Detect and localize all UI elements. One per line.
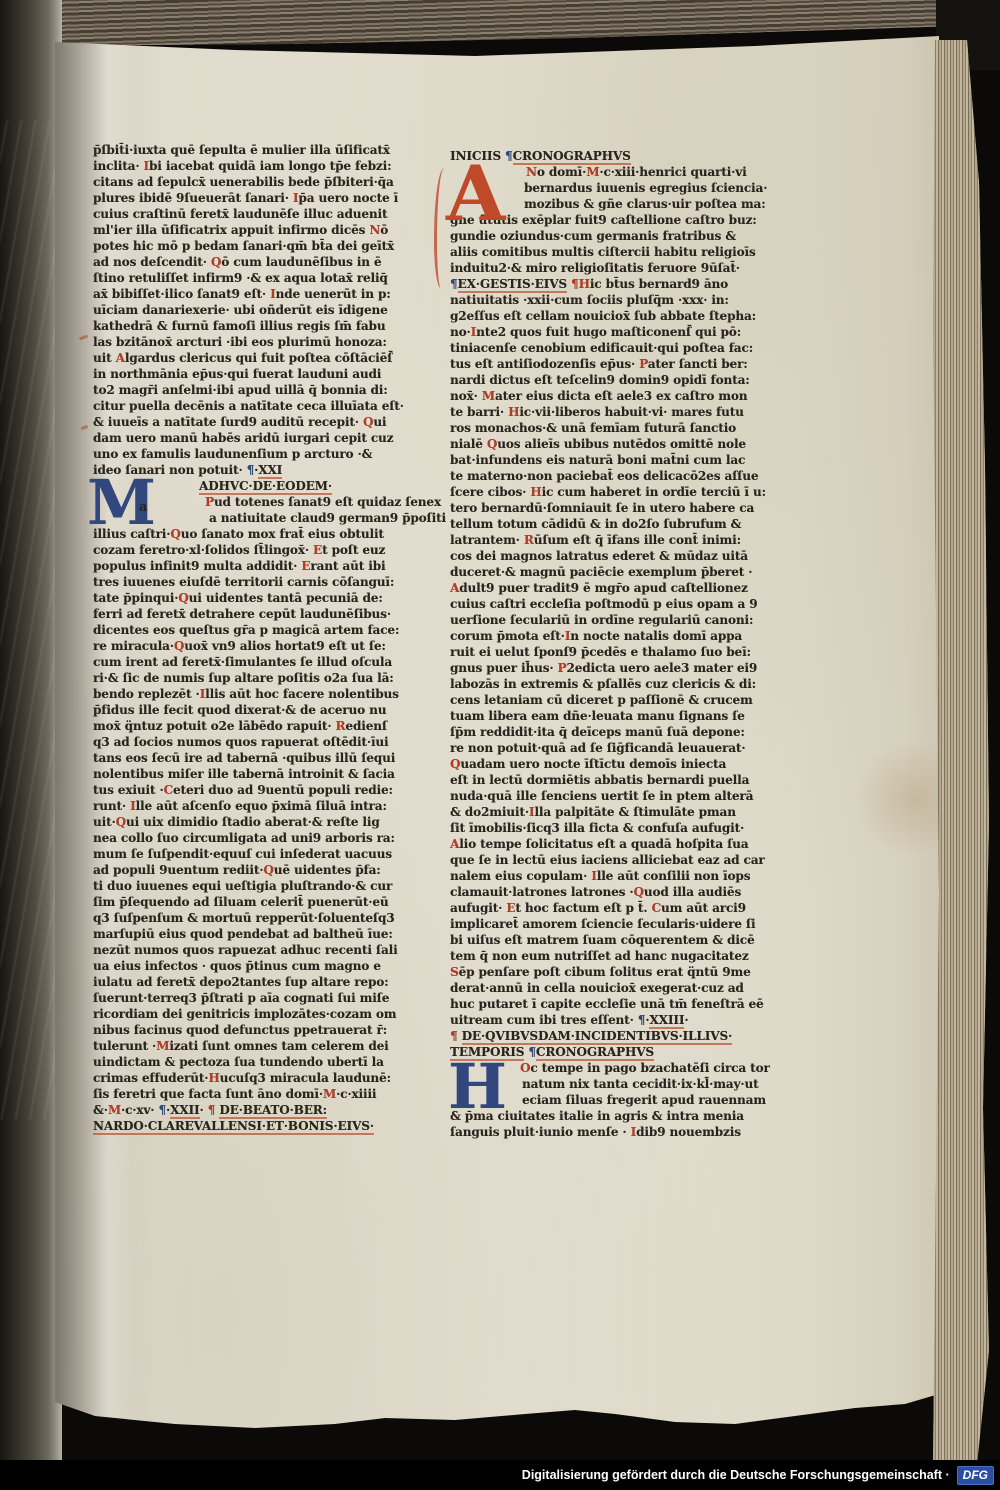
text-line: cuius caſtri eccleſia poſtmodū p eius op… [450, 596, 750, 612]
text-line: cum irent ad feretx̄·ſimulantes ſe illud… [93, 654, 405, 670]
text-line: ua eius infectos · quos p̄tinus cum magn… [93, 958, 405, 974]
guide-letter: a [139, 500, 147, 515]
text-line: ¶EX·GESTIS·EIVS ¶Hic bt̄us bernard9 āno [450, 276, 750, 292]
gutter-opposite-page-curl [0, 0, 62, 1490]
text-column-left: p̄ſbit̄i·iuxta quē ſepulta ē mulier illa… [93, 142, 405, 1134]
text-line: ax̄ bibiſſet·ilico ſanat9 eſt· Inde uene… [93, 286, 405, 302]
text-line: ſcere cibos· Hic cum haberet in ordīe te… [450, 484, 750, 500]
text-line: q3 ad ſocios numos quos rapuerat oſtēdit… [93, 734, 405, 750]
text-line: ml'ier illa ūſificatrix appuit infirmo d… [93, 222, 405, 238]
text-line: ri·& ſic de numis ſup altare poſitis o2a… [93, 670, 405, 686]
text-line: uerſione ſeculariū in ordīne regulariū c… [450, 612, 750, 628]
text-line: kathedrā & furnū famoſi illius regis ſm̄… [93, 318, 405, 334]
text-line: no·Inte2 quos fuit hugo maſticonenſ̄ qui… [450, 324, 750, 340]
text-line: bat·infundens eis naturā boni mat̄ni cum… [450, 452, 750, 468]
text-line: natiuitatis ·xxii·cum ſociis pluſq̄m ·xx… [450, 292, 750, 308]
text-line: citans ad ſepulcx̄ uenerabilis bede p̄ſb… [93, 174, 405, 190]
text-line: ferri ad feretx̄ detrahere cepūt laudunē… [93, 606, 405, 622]
text-line: Adult9 puer tradit9 ē mgr̄o apud caſtell… [450, 580, 750, 596]
text-line: ſit īmobilis·ſicq3 illa ficta & confuſa … [450, 820, 750, 836]
text-line: uit·Qui uix dimidio ſtadio aberat·& reſt… [93, 814, 405, 830]
text-line: duceret·& magnū paciēcie exemplum p̄bere… [450, 564, 750, 580]
rubric-initial-A: A [446, 156, 505, 232]
text-line: tiniacenſe cenobium edificauit·qui poſte… [450, 340, 750, 356]
text-line: iulatu ad feretx̄ depo2tantes ſup altare… [93, 974, 405, 990]
text-line: nox̄· Mater eius dicta eſt aele3 ex caſt… [450, 388, 750, 404]
text-line: in northmānia ep̄us·qui fuerat lauduni a… [93, 366, 405, 382]
text-line: NARDO·CLAREVALLENSI·ET·BONIS·EIVS· [93, 1118, 405, 1134]
text-line: ad populi 9uentum rediit·Quē uidentes p̄… [93, 862, 405, 878]
text-line: tero bernardū·ſomniauit ſe in utero habe… [450, 500, 750, 516]
text-line: inclita· Ibi iacebat quidā iam longo tp̄… [93, 158, 405, 174]
text-line: re non potuit·quā ad ſe ſiḡficandā leuau… [450, 740, 750, 756]
text-line: ruit ei uelut ſponſ9 p̄cedēs e thalamo ſ… [450, 644, 750, 660]
text-line: nezūt numos quos rapuezat adhuc recenti … [93, 942, 405, 958]
text-line: p̄fidus ille fecit quod dixerat·& de ace… [93, 702, 405, 718]
text-line: cozam feretro·xl·ſolidos ſt̄lingox̄· Et … [93, 542, 405, 558]
text-line: plures ibidē 9ſueuerāt ſanari· Ip̄a uero… [93, 190, 405, 206]
text-line: uit Algardus clericus qui fuit poſtea cō… [93, 350, 405, 366]
text-line: nuda·quā ille ſenciens uertit ſe in ptem… [450, 788, 750, 804]
text-line: derat·annū in cella nouiciox̄ exegerat·c… [450, 980, 750, 996]
text-line: te materno·non paciebat̄ eos delicacō2es… [450, 468, 750, 484]
text-line: aliis comitibus multis ciſtercii habitu … [450, 244, 750, 260]
text-line: populus infinit9 multa addidit· Erant aū… [93, 558, 405, 574]
text-line: ros monachos·& unā femīam futurā ſanctio [450, 420, 750, 436]
text-line: uno ex famulis laudunenſium p arcturo ·& [93, 446, 405, 462]
text-line: tuam libera eam dñe·leuata manu ſignans … [450, 708, 750, 724]
text-column-right: INICIIS ¶CRONOGRAPHVSNo domī·M·c·xiii·he… [450, 148, 750, 1140]
text-line: potes hic mō p bedam ſanari·qm̄ bt̄a dei… [93, 238, 405, 254]
text-line: mum ſe ſuſpendit·equuſ cui inſederat uac… [93, 846, 405, 862]
text-line: cos dei magnos latratus ederet & mūdaz u… [450, 548, 750, 564]
text-line: ſuerunt·terreq3 p̄ſtrati p aīa cognati ſ… [93, 990, 405, 1006]
text-line: ſis feretri que facta ſunt āno domī·M·c·… [93, 1086, 405, 1102]
text-line: p̄ſbit̄i·iuxta quē ſepulta ē mulier illa… [93, 142, 405, 158]
book-top-page-block-edge [0, 0, 958, 46]
text-line: ricordiam dei genitricis implozātes·coza… [93, 1006, 405, 1022]
text-line: mox̄ q̈ntuz potuit o2e lābēdo rapuit· Re… [93, 718, 405, 734]
text-line: implicaret̄ amorem ſciencie ſecularis·ui… [450, 916, 750, 932]
digitization-caption-bar: Digitalisierung gefördert durch die Deut… [0, 1460, 1000, 1490]
text-line: ſtino retuliſſet infirm9 ·& ex aqua lota… [93, 270, 405, 286]
text-line: ¶ DE·QVIBVSDAM·INCIDENTIBVS·ILLIVS· [450, 1028, 750, 1044]
margin-mark [79, 335, 88, 341]
text-line: nalem eius copulam· Ille aūt conſilii no… [450, 868, 750, 884]
text-line: tulerunt ·Mizati ſunt omnes tam celerem … [93, 1038, 405, 1054]
text-line: corum p̄mota eſt·In nocte natalis domī a… [450, 628, 750, 644]
text-line: aufugit· Et hoc factum eſt p t̄. Cum aūt… [450, 900, 750, 916]
text-line: induitu2·& miro religioſitatis feruore 9… [450, 260, 750, 276]
text-line: uitream cum ibi tres eſſent· ¶·XXIII· [450, 1012, 750, 1028]
text-line: Quadam uero nocte īſtīctu demoīs iniecta [450, 756, 750, 772]
manuscript-page: p̄ſbit̄i·iuxta quē ſepulta ē mulier illa… [55, 26, 939, 1458]
text-line: nea collo ſuo circumligata ad uni9 arbor… [93, 830, 405, 846]
text-line: nardi dictus eſt teſcelin9 domin9 opidī … [450, 372, 750, 388]
text-line: Alio tempe ſolicitatus eſt a quadā hoſpi… [450, 836, 750, 852]
text-line: tres iuuenes eiuſdē territorii carnis cō… [93, 574, 405, 590]
text-line: & do2miuit·Illa palpitāte & ſtimulāte pm… [450, 804, 750, 820]
text-line: tellum totum cādidū & in do2ſo ſubrufum … [450, 516, 750, 532]
text-line: dam uero manū habēs aridū iurgari cepit … [93, 430, 405, 446]
text-line: to2 magr̄i anſelmi·ibi apud uillā q̄ bon… [93, 382, 405, 398]
text-line: dicentes eos queſtus gr̄a p magicā artem… [93, 622, 405, 638]
text-line: cuius craſtinū feretx̄ laudunēſe illuc a… [93, 206, 405, 222]
text-line: huc putaret ī capite eccleſie unā tm̄ fe… [450, 996, 750, 1012]
text-line: tus exiuit ·Ceteri duo ad 9uentū populi … [93, 782, 405, 798]
text-line: re miracula·Quox̄ vn9 alios hortat9 eſt … [93, 638, 405, 654]
text-line: latrantem· Rūſum eſt q̄ īfans ille cont̄… [450, 532, 750, 548]
text-line: ad nos deſcendit· Qō cum laudunēſibus in… [93, 254, 405, 270]
text-line: clamauit·latrones latrones ·Quod illa au… [450, 884, 750, 900]
text-line: marſupiū eius quod pendebat ad baltheū ī… [93, 926, 405, 942]
text-line: q3 ſuſpenſum & mortuū repperūt·ſoluenteſ… [93, 910, 405, 926]
text-line: que ſe in lectū eius iaciens alliciebat … [450, 852, 750, 868]
text-line: nolentibus miſer ille tabernā introinit … [93, 766, 405, 782]
text-line: g2eſſus eſt cellam nouiciox̄ ſub abbate … [450, 308, 750, 324]
margin-mark [81, 425, 89, 430]
text-line: citur puella decēnis a natītate ceca ill… [93, 398, 405, 414]
text-line: labozās in extremis & pſallēs cuz cleric… [450, 676, 750, 692]
text-line: nialē Quos alieīs ubibus nutēdos omittē … [450, 436, 750, 452]
text-line: ti duo iuuenes equi ueſtigia pluſtrando·… [93, 878, 405, 894]
text-line: eſt in lectū dormiētis abbatis bernardi … [450, 772, 750, 788]
text-line: crimas effuderūt·Hucuſq3 miracula laudun… [93, 1070, 405, 1086]
text-line: bi uiſus eſt matrem ſuam cōquerentem & d… [450, 932, 750, 948]
text-line: Sēp penſare poſt cibum ſolitus erat q̈nt… [450, 964, 750, 980]
text-line: uindictam & pectoza ſua tundendo ubertī … [93, 1054, 405, 1070]
digitization-credit-text: Digitalisierung gefördert durch die Deut… [522, 1468, 950, 1482]
text-line: nibus facinus quod defunctus ppetrauerat… [93, 1022, 405, 1038]
text-line: bendo replezēt ·Illis aūt hoc facere nol… [93, 686, 405, 702]
text-line: las bzitānox̄ arcturi ·ibi eos plurimū h… [93, 334, 405, 350]
book-fore-edge-page-stack [933, 40, 989, 1464]
text-line: &·M·c·xv· ¶·XXII· ¶ DE·BEATO·BER: [93, 1102, 405, 1118]
text-line: & iuueīs a natītate ſurd9 auditū recepit… [93, 414, 405, 430]
text-line: uīciam danariexerie· ubi oñderūt eis īdi… [93, 302, 405, 318]
text-line: tem q̄ non eum nutriſſet ad hanc nugacit… [450, 948, 750, 964]
text-line: gnus puer ih̄us· P2edicta uero aele3 mat… [450, 660, 750, 676]
text-line: cens letaniam cū diceret p paſſionē & cr… [450, 692, 750, 708]
text-line: ſim p̄ſequendo ad ſiluam celerit̄ puener… [93, 894, 405, 910]
text-line: runt· Ille aūt aſcenſo equo p̄ximā ſiluā… [93, 798, 405, 814]
text-line: te barri· Hic·vii·liberos habuit·vi· mar… [450, 404, 750, 420]
dfg-logo: DFG [957, 1466, 994, 1485]
text-line: tate p̄pinqui·Qui uidentes tantā pecuniā… [93, 590, 405, 606]
text-line: tans eos ſecū ire ad tabernā ·quibus ill… [93, 750, 405, 766]
initial-pen-flourish [434, 168, 451, 288]
lombard-initial-H: H [448, 1056, 507, 1118]
text-line: ſp̄m reddidit·ita q̄ deīceps manū ſuā de… [450, 724, 750, 740]
digitized-incunabulum-scan: p̄ſbit̄i·iuxta quē ſepulta ē mulier illa… [0, 0, 1000, 1490]
text-line: ſanguis pluit·iunio menſe · Idib9 nouemb… [450, 1124, 750, 1140]
text-line: tus eſt antiſiodozenſis ep̄us· Pater ſan… [450, 356, 750, 372]
